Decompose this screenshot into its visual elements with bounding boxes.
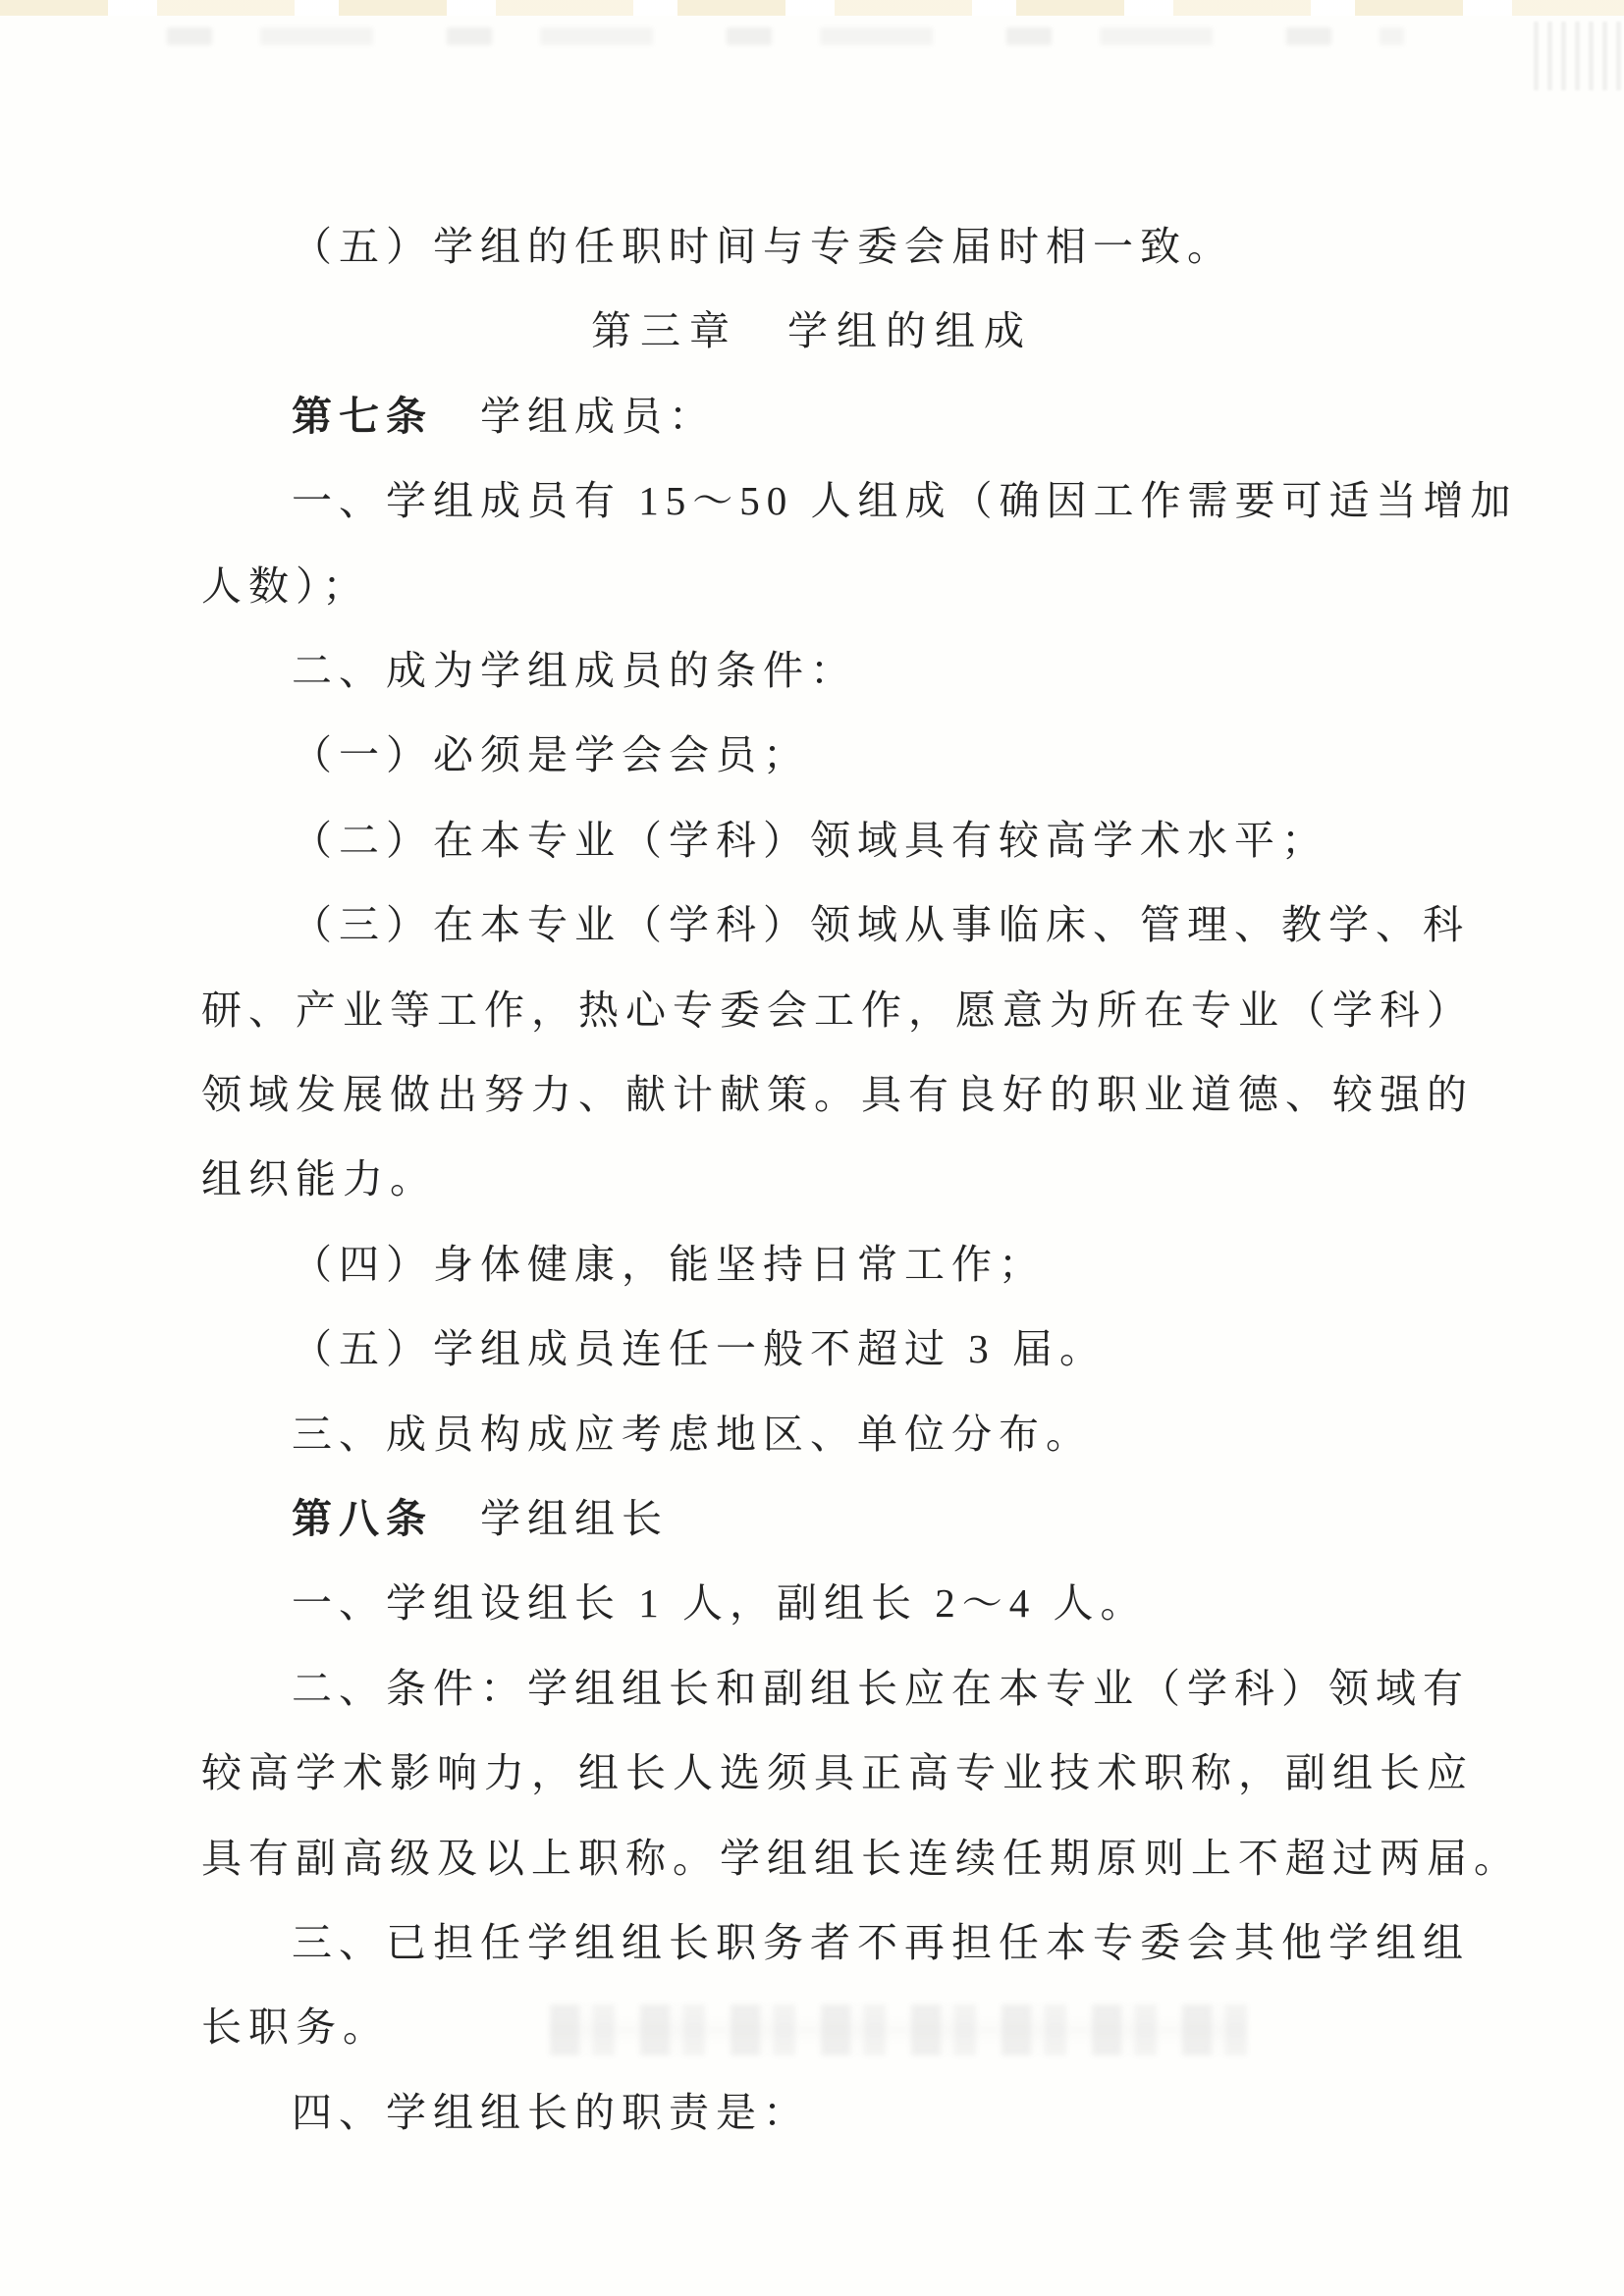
text-line: 人数）； — [201, 561, 370, 611]
text-run: 三、成员构成应考虑地区、单位分布。 — [292, 1412, 1093, 1457]
text-line: （五）学组成员连任一般不超过 3 届。 — [292, 1324, 1107, 1373]
chapter-heading: 第三章 学组的组成 — [0, 306, 1624, 355]
text-run: 组织能力。 — [201, 1156, 437, 1201]
text-run: 一、学组设组长 1 人，副组长 2～4 人。 — [292, 1580, 1148, 1626]
text-run: （三）在本专业（学科）领域从事临床、管理、教学、科 — [292, 902, 1470, 947]
text-line: 三、成员构成应考虑地区、单位分布。 — [292, 1410, 1093, 1459]
text-run: （二）在本专业（学科）领域具有较高学术水平； — [292, 818, 1328, 863]
text-line: 较高学术影响力，组长人选须具正高专业技术职称，副组长应 — [201, 1748, 1474, 1797]
text-run: （四）身体健康，能坚持日常工作； — [292, 1242, 1046, 1287]
text-run: 人数）； — [201, 563, 370, 609]
text-run: 领域发展做出努力、献计献策。具有良好的职业道德、较强的 — [201, 1072, 1474, 1117]
text-line: 研、产业等工作，热心专委会工作，愿意为所在专业（学科） — [201, 986, 1474, 1035]
scan-bleedthrough-smudge-top — [167, 27, 1404, 45]
text-line: 三、已担任学组组长职务者不再担任本专委会其他学组组 — [292, 1918, 1470, 1967]
article-number-run: 第八条 — [292, 1496, 433, 1541]
text-run: 较高学术影响力，组长人选须具正高专业技术职称，副组长应 — [201, 1750, 1474, 1795]
text-line: 一、学组设组长 1 人，副组长 2～4 人。 — [292, 1578, 1148, 1628]
text-line: （二）在本专业（学科）领域具有较高学术水平； — [292, 816, 1328, 865]
text-run: 一、学组成员有 15～50 人组成（确因工作需要可适当增加 — [292, 478, 1518, 523]
text-run: （五）学组成员连任一般不超过 3 届。 — [292, 1326, 1107, 1371]
text-line: 长职务。 — [201, 2002, 390, 2052]
text-run: 三、已担任学组组长职务者不再担任本专委会其他学组组 — [292, 1920, 1470, 1965]
text-run: 长职务。 — [201, 2004, 390, 2050]
text-run: 第三章 学组的组成 — [591, 308, 1033, 353]
text-line: 二、成为学组成员的条件： — [292, 646, 857, 695]
text-line: （三）在本专业（学科）领域从事临床、管理、教学、科 — [292, 900, 1470, 949]
text-line: 一、学组成员有 15～50 人组成（确因工作需要可适当增加 — [292, 476, 1518, 525]
text-run: 二、条件：学组组长和副组长应在本专业（学科）领域有 — [292, 1666, 1470, 1711]
text-run: 四、学组组长的职责是： — [292, 2090, 810, 2135]
text-run: 学组组长 — [433, 1496, 669, 1541]
text-run: 学组成员： — [433, 394, 716, 439]
text-run: 二、成为学组成员的条件： — [292, 648, 857, 693]
text-run: （一）必须是学会会员； — [292, 732, 810, 777]
text-line: 第七条 学组成员： — [292, 392, 716, 441]
text-line: 组织能力。 — [201, 1154, 437, 1203]
text-line: （一）必须是学会会员； — [292, 730, 810, 779]
text-run: 具有副高级及以上职称。学组组长连续任期原则上不超过两届。 — [201, 1836, 1521, 1881]
text-line: 二、条件：学组组长和副组长应在本专业（学科）领域有 — [292, 1664, 1470, 1713]
text-line: 四、学组组长的职责是： — [292, 2088, 810, 2137]
scan-top-edge-band — [0, 0, 1624, 16]
scan-corner-streaks — [1534, 22, 1624, 90]
text-run: 研、产业等工作，热心专委会工作，愿意为所在专业（学科） — [201, 988, 1474, 1033]
article-number-run: 第七条 — [292, 394, 433, 439]
text-line: 领域发展做出努力、献计献策。具有良好的职业道德、较强的 — [201, 1070, 1474, 1119]
text-line: 第八条 学组组长 — [292, 1494, 669, 1543]
text-line: （四）身体健康，能坚持日常工作； — [292, 1240, 1046, 1289]
text-run: （五）学组的任职时间与专委会届时相一致。 — [292, 224, 1234, 269]
document-page: （五）学组的任职时间与专委会届时相一致。第三章 学组的组成第七条 学组成员：一、… — [0, 0, 1624, 2296]
text-line: 具有副高级及以上职称。学组组长连续任期原则上不超过两届。 — [201, 1834, 1521, 1883]
scan-bleedthrough-row — [550, 2004, 1247, 2056]
text-line: （五）学组的任职时间与专委会届时相一致。 — [292, 222, 1234, 271]
